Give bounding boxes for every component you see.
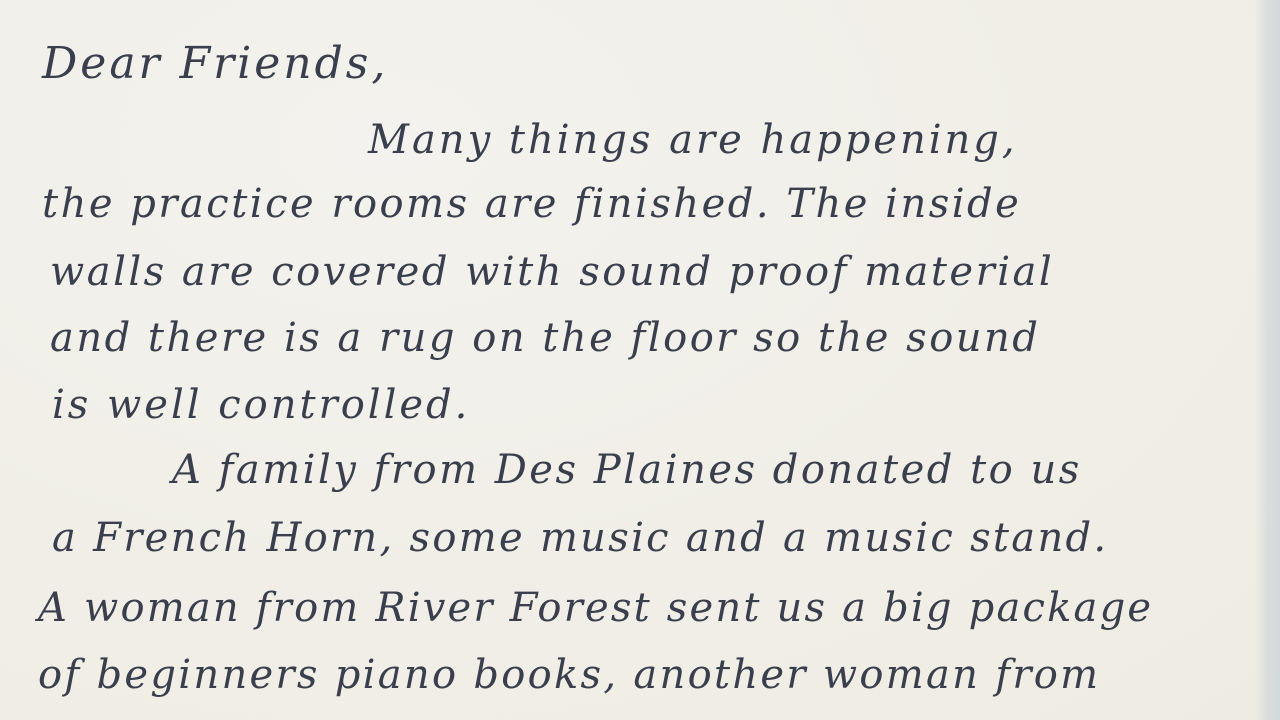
letter-page: Dear Friends, Many things are happening,… — [0, 0, 1280, 720]
letter-line: and there is a rug on the floor so the s… — [50, 318, 1040, 358]
letter-line: is well controlled. — [52, 385, 470, 425]
letter-line: a French Horn, some music and a music st… — [52, 518, 1108, 558]
letter-line: walls are covered with sound proof mater… — [50, 252, 1054, 292]
letter-line: Many things are happening, — [368, 120, 1018, 160]
letter-salutation: Dear Friends, — [42, 42, 388, 86]
letter-line: A woman from River Forest sent us a big … — [38, 588, 1153, 628]
letter-line: A family from Des Plaines donated to us — [172, 450, 1082, 490]
letter-line: of beginners piano books, another woman … — [38, 655, 1100, 695]
letter-line: the practice rooms are finished. The ins… — [42, 184, 1021, 224]
